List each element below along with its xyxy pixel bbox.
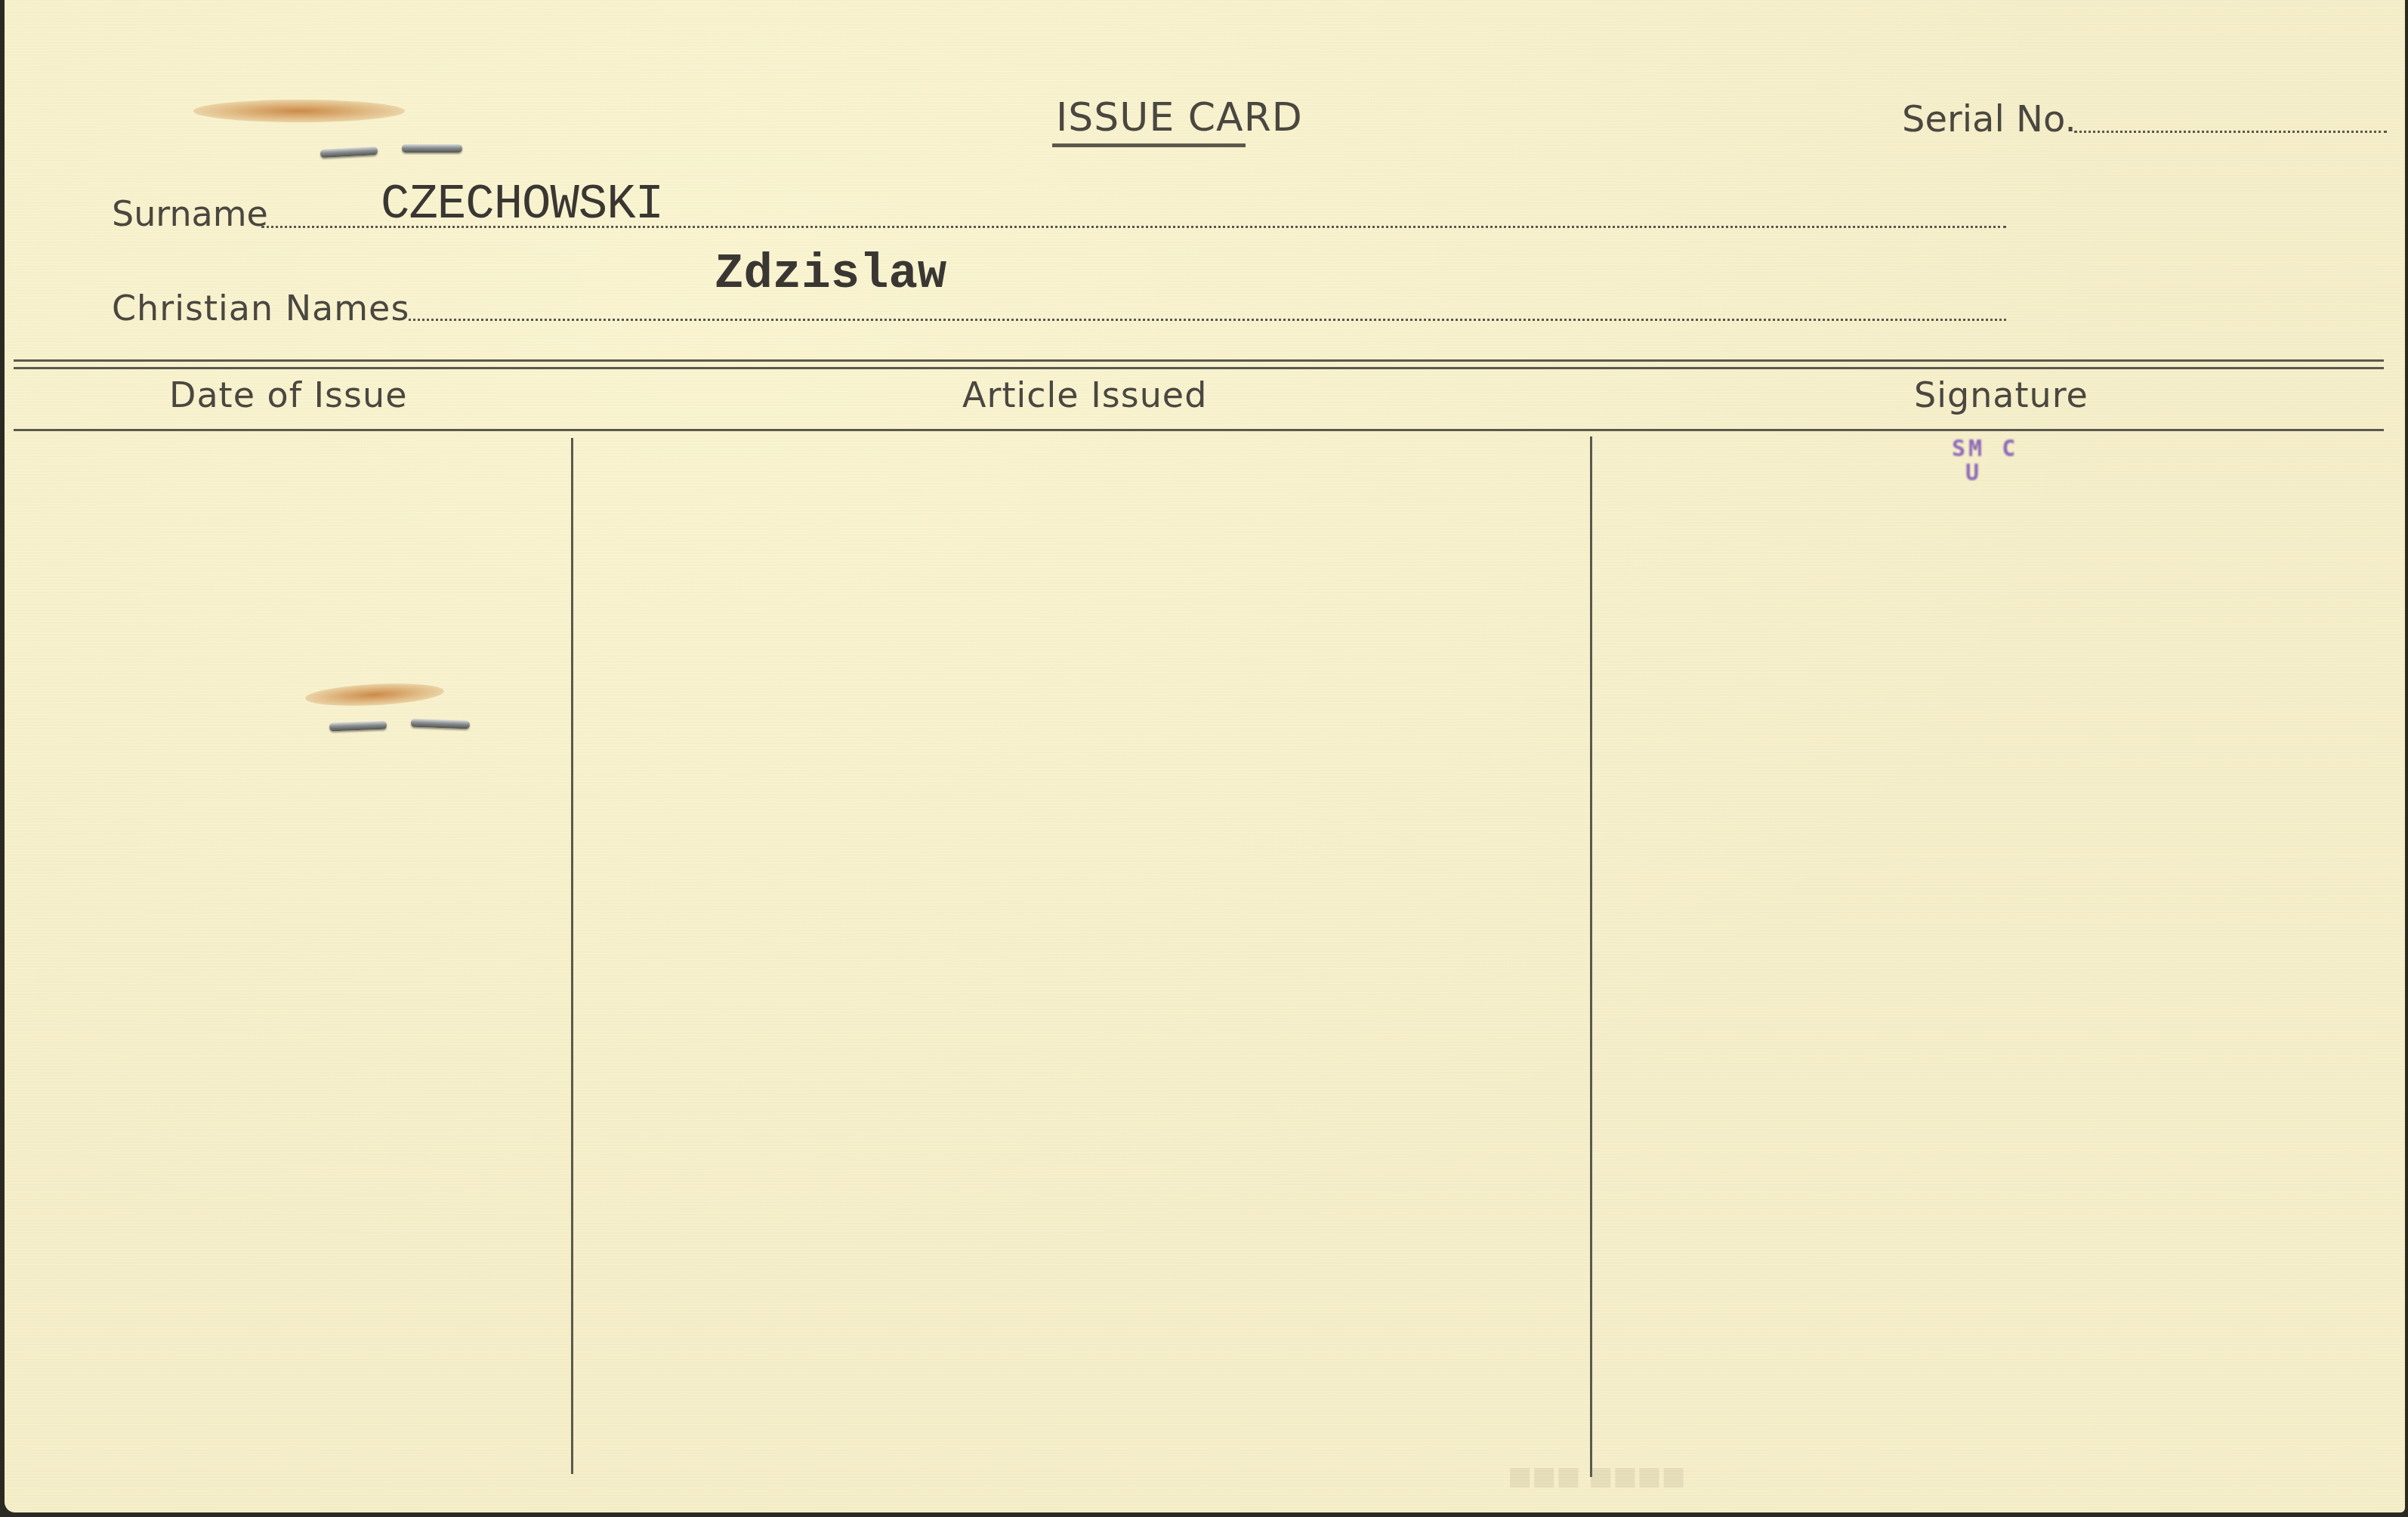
serial-no-value[interactable] xyxy=(2089,98,2376,131)
column-divider-2 xyxy=(1590,436,1592,1477)
article-issued-cell[interactable] xyxy=(576,433,1588,1475)
purple-ink-stamp: SM C U xyxy=(1952,438,2018,485)
surname-label: Surname xyxy=(112,196,268,231)
staple-top-left xyxy=(320,146,378,158)
signature-cell[interactable] xyxy=(1595,433,2384,1475)
header-double-rule-top xyxy=(14,359,2384,362)
christian-names-line xyxy=(409,319,2006,321)
column-header-signature: Signature xyxy=(1914,378,2088,412)
date-of-issue-cell[interactable] xyxy=(14,433,569,1475)
rust-stain-top xyxy=(193,100,405,122)
show-through-mark: ■■■■ ■■■ xyxy=(1508,1461,1686,1491)
column-header-date-of-issue: Date of Issue xyxy=(169,378,407,412)
christian-names-label: Christian Names xyxy=(112,291,409,325)
card-title: ISSUE CARD xyxy=(1056,98,1303,137)
issue-card: ISSUE CARD Serial No. Surname CZECHOWSKI… xyxy=(5,0,2405,1512)
serial-no-label: Serial No. xyxy=(1902,101,2076,137)
header-double-rule-bottom xyxy=(14,367,2384,369)
column-header-article-issued: Article Issued xyxy=(962,378,1207,412)
christian-names-value[interactable]: Zdzislaw xyxy=(715,251,946,299)
serial-no-line xyxy=(2074,131,2387,133)
title-underline xyxy=(1052,143,1246,147)
surname-value[interactable]: CZECHOWSKI xyxy=(381,181,663,230)
table-header-bottom-rule xyxy=(14,429,2384,431)
stamp-line-2: U xyxy=(1952,462,2018,485)
column-divider-1 xyxy=(571,438,573,1474)
staple-top-right xyxy=(402,144,462,153)
stamp-line-1: SM C xyxy=(1952,438,2018,461)
